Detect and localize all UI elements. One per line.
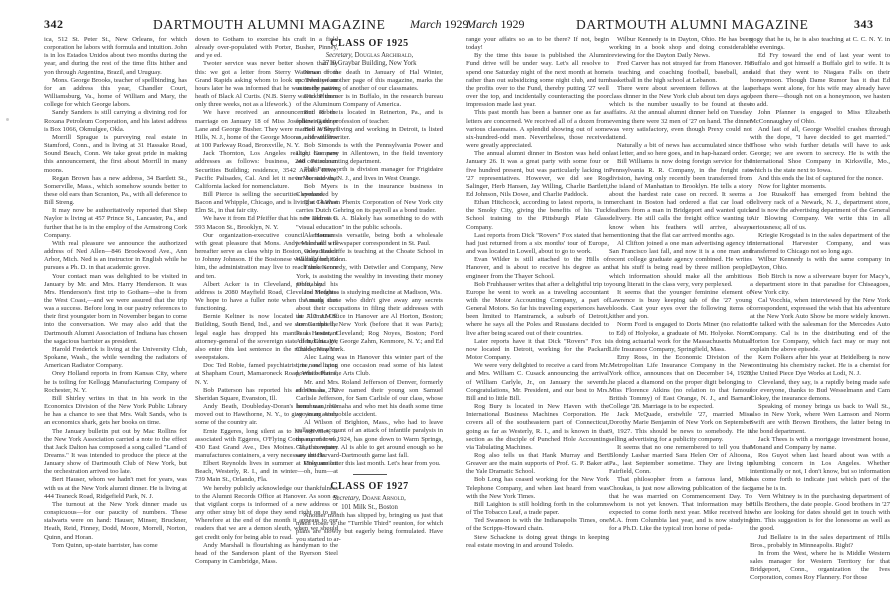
left-page: 342 DARTMOUTH ALUMNI MAGAZINE March 1929… bbox=[0, 0, 448, 600]
paragraph: The annual alumni dinner in Boston was h… bbox=[466, 150, 609, 199]
paragraph: Joe Rusakoff has emerged from behind the… bbox=[750, 191, 890, 232]
paragraph: Mr. and Mrs. Roland Jefferson of Denver,… bbox=[296, 379, 443, 420]
paragraph: The January bulletin put out by Mac Roll… bbox=[44, 428, 187, 477]
paragraph: Bill Laighton is still holding forth in … bbox=[466, 501, 609, 517]
paragraph: Norm Ford is engaged to Doris Miner (no … bbox=[609, 321, 752, 354]
secretary-address: 2710 Graybar Building, New York bbox=[322, 60, 416, 67]
paragraph: In Detroit C. A. Blakely has something t… bbox=[296, 215, 443, 231]
paragraph: Bob Simonds is with the Pennsylvania Pow… bbox=[296, 142, 443, 166]
paragraph: Ros Guyot when last heard about was with… bbox=[750, 452, 890, 493]
paragraph: Bob Long has ceased working for the New … bbox=[466, 476, 609, 500]
paragraph: Orey Holland reports in from Kansas City… bbox=[44, 370, 187, 394]
paragraph: Naturally a bit of news has accumulated … bbox=[609, 142, 752, 158]
paragraph: Al Haman is versatile, being both a whol… bbox=[296, 232, 443, 248]
paragraph: This past month has been a banner one as… bbox=[466, 109, 609, 150]
column-4: range your affairs so as to be there? If… bbox=[466, 36, 609, 596]
paragraph: Bill Shirley writes in that in his work … bbox=[44, 395, 187, 428]
paragraph: Evan Wilder is still attached to the Hil… bbox=[466, 256, 609, 280]
paragraph: And last of all, George Woelfel crashes … bbox=[750, 126, 890, 175]
page-number: 342 bbox=[44, 17, 64, 32]
paragraph: Jack McQuade, erstwhile '27, married Mis… bbox=[609, 411, 752, 444]
paragraph: Bill Williams is now doing foreign servi… bbox=[609, 158, 752, 240]
paragraph: It seems that the younger feminine eleme… bbox=[609, 289, 752, 322]
paragraph: Vern Whitney is in the purchasing depart… bbox=[750, 493, 890, 534]
paragraph: Jack Thees is with a mortgage investment… bbox=[750, 436, 890, 452]
paragraph: Mons. George Brooks, teacher of spellbin… bbox=[44, 77, 187, 110]
issue-month: March bbox=[410, 17, 442, 31]
paragraph: range your affairs so as to be there? If… bbox=[466, 36, 609, 52]
paragraph: Kriegie Krogstad is in the sales departm… bbox=[750, 232, 890, 256]
paragraph: Ted Swanson is with the Indianapolis Tim… bbox=[466, 517, 609, 533]
issue-month: March bbox=[466, 17, 498, 31]
paragraph: gogy that he is, he is also teaching at … bbox=[750, 36, 890, 52]
page-number: 343 bbox=[854, 17, 874, 32]
secretary-name: Doane Arnold, bbox=[362, 495, 406, 502]
paragraph: Wilbur Kennedy is in Dayton, Ohio. He ha… bbox=[609, 36, 752, 60]
paragraph: Bob Fruhhauser writes that after a delig… bbox=[466, 281, 609, 338]
paragraph: Emy Ross, in the Economic Division of th… bbox=[609, 354, 752, 411]
paragraph: Al Wilson of Brighton, Mass., who had to… bbox=[296, 419, 443, 460]
paragraph: Wilbur Kennedy is with the same company … bbox=[750, 256, 890, 272]
column-6: gogy that he is, he is also teaching at … bbox=[750, 36, 890, 596]
section-divider bbox=[353, 474, 387, 475]
class-secretary: Secretary, Doane Arnold,101 Milk St., Bo… bbox=[296, 495, 443, 512]
paragraph: Another month has slipped by, bringing u… bbox=[296, 512, 443, 545]
paragraph: It seems that no one remembered to tell … bbox=[609, 444, 752, 477]
paragraph: Ed Fry toward the end of last year went … bbox=[750, 52, 890, 109]
running-head-left: 342 DARTMOUTH ALUMNI MAGAZINE March 1929 bbox=[44, 17, 454, 31]
paragraph: Alec Laing was in Hanover this winter pa… bbox=[296, 354, 443, 378]
paragraph: Only one letter this last month. Let's h… bbox=[296, 460, 443, 468]
secretary-label: Secretary, bbox=[333, 495, 360, 502]
paragraph: John Pfanner is engaged to Miss Elizabet… bbox=[750, 109, 890, 125]
paragraph: Sandy Sanders is still carrying a divini… bbox=[44, 109, 187, 133]
paragraph: Cleveland, they say, is a rapidly being … bbox=[750, 379, 890, 403]
secretary-address: 101 Milk St., Boston bbox=[341, 504, 398, 511]
paragraph: Frank Kennedy, with Detwiler and Company… bbox=[296, 264, 443, 288]
paragraph: Jud Bellaire is in the sales department … bbox=[750, 534, 890, 550]
paragraph: It may now be authoritatively reported t… bbox=[44, 207, 187, 240]
paragraph: Regan Brown has a new address, 34 Bartle… bbox=[44, 175, 187, 208]
paragraph: Speaking of money brings us back to Wall… bbox=[750, 403, 890, 436]
magazine-title: DARTMOUTH ALUMNI MAGAZINE bbox=[576, 17, 808, 33]
class-heading: CLASS OF 1927 bbox=[296, 481, 443, 493]
paragraph: Phil Farnsworth is division manager for … bbox=[296, 166, 443, 182]
right-page: March 1929 DARTMOUTH ALUMNI MAGAZINE 343… bbox=[448, 0, 896, 600]
paragraph: We were very delighted to receive a card… bbox=[466, 362, 609, 403]
paragraph: Your contact man was delighted to be vis… bbox=[44, 273, 187, 346]
paragraph: Now for lighter moments. bbox=[750, 183, 890, 191]
paragraph: Morrill Sprague is purveying real estate… bbox=[44, 134, 187, 175]
paragraph: Kern Folkers after his year at Heidelber… bbox=[750, 354, 890, 378]
class-heading: CLASS OF 1925 bbox=[296, 38, 443, 50]
paragraph: Stew Schackne is doing great things in k… bbox=[466, 534, 609, 550]
scan-artifact bbox=[6, 118, 9, 121]
paragraph: Rog Bury is located in New Haven with th… bbox=[466, 403, 609, 452]
paragraph: Among those who didn't give away any sec… bbox=[296, 297, 443, 354]
paragraph: ica, 512 St. Peter St., New Orleans, for… bbox=[44, 36, 187, 77]
paragraph: Joe Medeiros is studying medicine at Mad… bbox=[296, 289, 443, 297]
paragraph: With real pleasure we announce the autho… bbox=[44, 240, 187, 273]
paragraph: Al Clifton joined a one man advertising … bbox=[609, 240, 752, 289]
running-head-right: March 1929 DARTMOUTH ALUMNI MAGAZINE 343 bbox=[466, 17, 876, 31]
paragraph: That philosopher from a famous land, Mik… bbox=[609, 476, 752, 533]
secretary-name: Douglas Archibald, bbox=[355, 52, 414, 59]
column-3: CLASS OF 1925Secretary, Douglas Archibal… bbox=[296, 36, 443, 596]
paragraph: Bob Wiley, living and working in Detroit… bbox=[296, 126, 443, 142]
paragraph: Cal Vocchia, when interviewed by the New… bbox=[750, 297, 890, 354]
paragraph: The Chatham Phenix Corporation of New Yo… bbox=[296, 199, 443, 215]
issue-date: March 1929 bbox=[466, 17, 525, 32]
paragraph: The turnout at the New York dinner made … bbox=[44, 501, 187, 542]
column-1: ica, 512 St. Peter St., New Orleans, for… bbox=[44, 36, 187, 596]
paragraph: And this ends the list of captured for t… bbox=[750, 175, 890, 183]
issue-year: 1929 bbox=[501, 17, 525, 31]
paragraph: Bob Myers is in the insurance business i… bbox=[296, 183, 443, 199]
paragraph: Rog also tells us that Hank Murray and B… bbox=[466, 452, 609, 476]
paragraph: Harold Frederick is living at the Univer… bbox=[44, 346, 187, 370]
paragraph: Bud Reber is located in Reinerton, Pa., … bbox=[296, 109, 443, 125]
paragraph: In from the West, where he is Middle Wes… bbox=[750, 550, 890, 583]
paragraph: Odey Radcliffe is teaching at the Choate… bbox=[296, 248, 443, 264]
magazine-title: DARTMOUTH ALUMNI MAGAZINE bbox=[153, 17, 385, 33]
paragraph: Ethan Hitchcock, according to latest rep… bbox=[466, 199, 609, 232]
paragraph: Bob Birch is now a silverware buyer for … bbox=[750, 273, 890, 297]
paragraph: Last reports from Dick "Rovers" Fox stat… bbox=[466, 232, 609, 256]
column-5: Wilbur Kennedy is in Dayton, Ohio. He ha… bbox=[609, 36, 752, 596]
paragraph: There were about seventeen fellows at th… bbox=[609, 85, 752, 142]
class-secretary: Secretary, Douglas Archibald,2710 Grayba… bbox=[296, 52, 443, 69]
paragraph: Bert Hauser, whom we hadn't met for year… bbox=[44, 476, 187, 500]
secretary-label: Secretary, bbox=[326, 52, 353, 59]
paragraph: News of the death in January of Hal Wint… bbox=[296, 69, 443, 93]
paragraph: Dick Plummer is in Buffalo, in the resea… bbox=[296, 93, 443, 109]
paragraph: Tom Quinn, up-state barrister, has come bbox=[44, 542, 187, 550]
paragraph: Later reports have it that Dick "Rovers"… bbox=[466, 338, 609, 362]
paragraph: Fred Carver has not strayed far from Han… bbox=[609, 60, 752, 84]
paragraph: By the time this issue is published the … bbox=[466, 52, 609, 109]
